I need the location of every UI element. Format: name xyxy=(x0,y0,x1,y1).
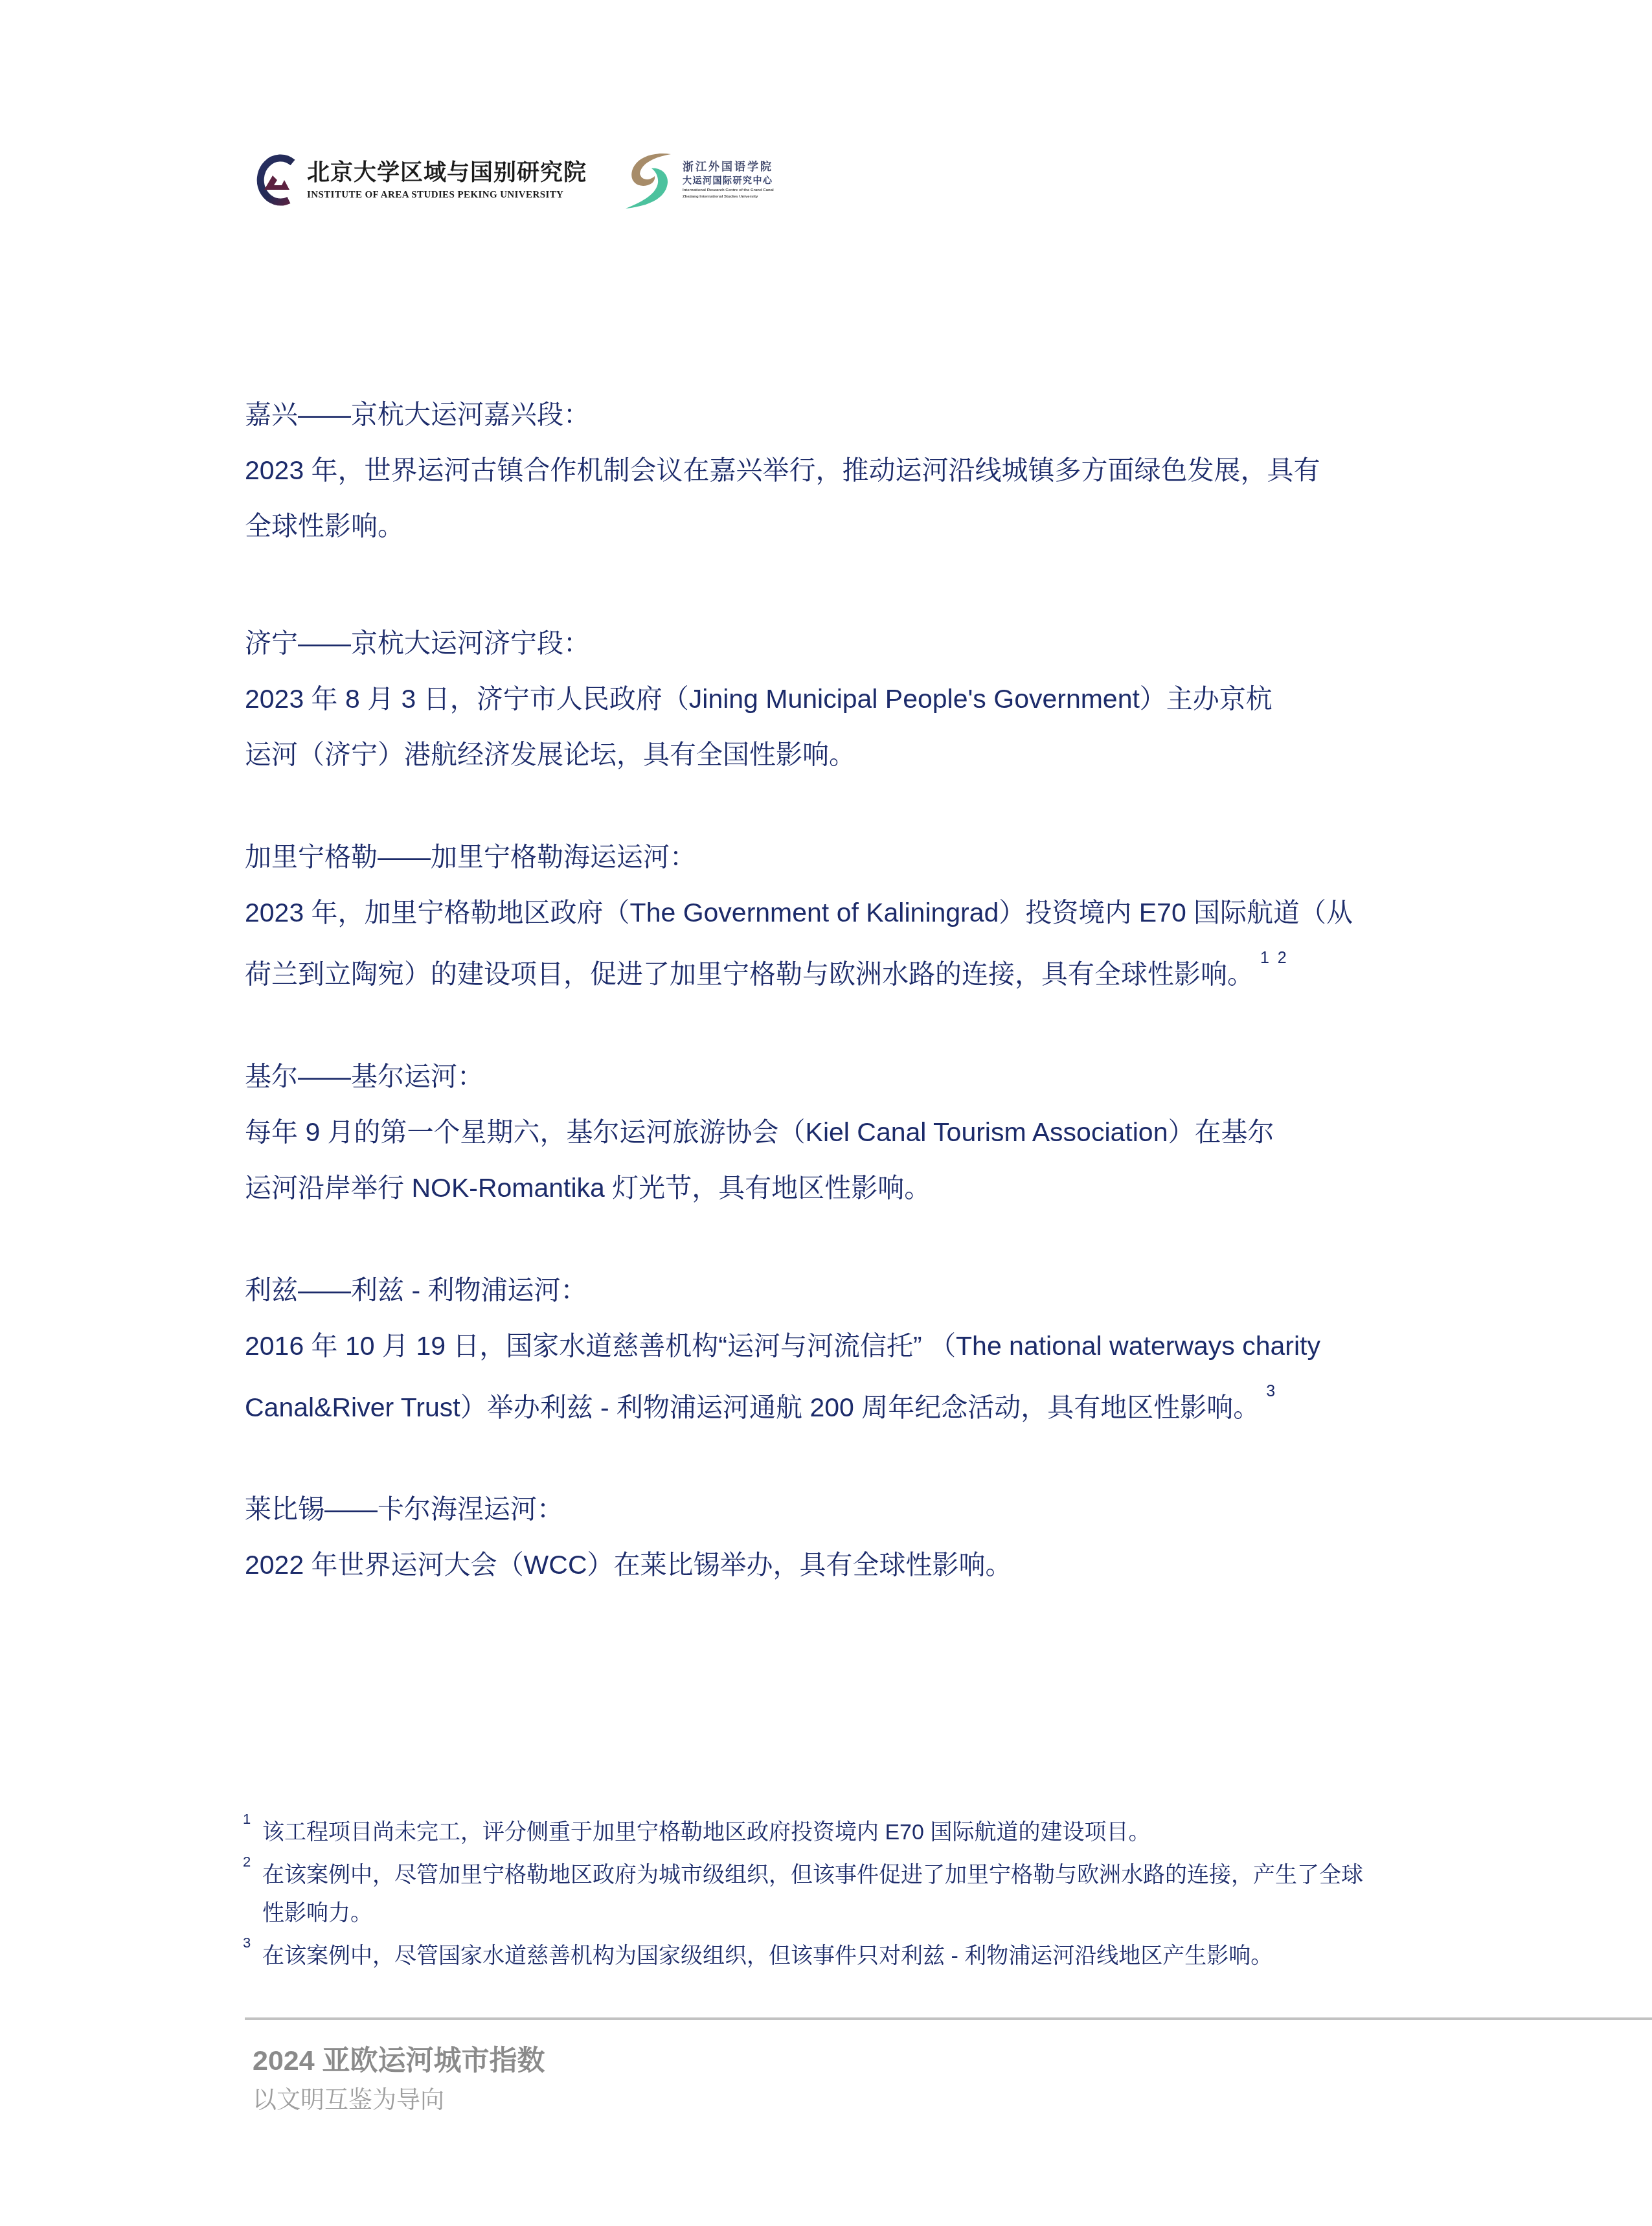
report-subtitle: 以文明互鉴为导向 xyxy=(253,2080,444,2115)
document-page: 北京大学区域与国别研究院 INSTITUTE OF AREA STUDIES P… xyxy=(0,0,1652,2226)
footnote-number: 1 xyxy=(243,1800,262,1838)
section-body-line: 2023 年，加里宁格勒地区政府（The Government of Kalin… xyxy=(245,885,1420,940)
section-title: 基尔——基尔运河： xyxy=(245,1049,1420,1104)
footnote-line: 2在该案例中，尽管加里宁格勒地区政府为城市级组织，但该事件促进了加里宁格勒与欧洲… xyxy=(262,1851,1434,1894)
peking-university-emblem-icon xyxy=(251,154,299,206)
section-body-line: 运河（济宁）港航经济发展论坛，具有全国性影响。 xyxy=(245,727,1420,782)
footnotes: 1该工程项目尚未完工，评分侧重于加里宁格勒地区政府投资境内 E70 国际航道的建… xyxy=(243,1808,1434,1975)
footnote-line: 性影响力。 xyxy=(262,1894,1434,1932)
section-title: 嘉兴——京杭大运河嘉兴段： xyxy=(245,387,1420,442)
footnote-number: 3 xyxy=(243,1924,262,1962)
section-title: 济宁——京杭大运河济宁段： xyxy=(245,615,1420,671)
footnote-line: 1该工程项目尚未完工，评分侧重于加里宁格勒地区政府投资境内 E70 国际航道的建… xyxy=(262,1808,1434,1851)
university-name-cn: 浙江外国语学院 xyxy=(683,160,774,174)
section-title: 利兹——利兹 - 利物浦运河： xyxy=(245,1262,1420,1318)
canal-case-sections: 嘉兴——京杭大运河嘉兴段：2023 年，世界运河古镇合作机制会议在嘉兴举行，推动… xyxy=(245,387,1420,1639)
section-body-line: Canal&River Trust）举办利兹 - 利物浦运河通航 200 周年纪… xyxy=(245,1374,1420,1435)
section: 莱比锡——卡尔海涅运河：2022 年世界运河大会（WCC）在莱比锡举办，具有全球… xyxy=(245,1481,1420,1593)
grand-canal-swirl-icon xyxy=(620,149,677,211)
section: 加里宁格勒——加里宁格勒海运运河：2023 年，加里宁格勒地区政府（The Go… xyxy=(245,829,1420,1002)
section-body-line: 每年 9 月的第一个星期六，基尔运河旅游协会（Kiel Canal Touris… xyxy=(245,1104,1420,1160)
footer-divider xyxy=(245,2017,1652,2020)
report-title: 2024 亚欧运河城市指数 xyxy=(253,2039,545,2078)
institute-name-en: INSTITUTE OF AREA STUDIES PEKING UNIVERS… xyxy=(307,188,587,201)
peking-university-logo: 北京大学区域与国别研究院 INSTITUTE OF AREA STUDIES P… xyxy=(251,154,587,206)
university-name-en: Zhejiang International Studies Universit… xyxy=(683,194,774,200)
footnote-line: 3在该案例中，尽管国家水道慈善机构为国家级组织，但该事件只对利兹 - 利物浦运河… xyxy=(262,1932,1434,1975)
footnote-number: 2 xyxy=(243,1843,262,1881)
section-body-line: 全球性影响。 xyxy=(245,498,1420,554)
section-title: 莱比锡——卡尔海涅运河： xyxy=(245,1481,1420,1537)
section-body-line: 2016 年 10 月 19 日，国家水道慈善机构“运河与河流信托” （The … xyxy=(245,1318,1420,1374)
centre-name-cn: 大运河国际研究中心 xyxy=(683,176,774,187)
section-body-line: 2023 年，世界运河古镇合作机制会议在嘉兴举行，推动运河沿线城镇多方面绿色发展… xyxy=(245,442,1420,498)
section-body-line: 2022 年世界运河大会（WCC）在莱比锡举办，具有全球性影响。 xyxy=(245,1537,1420,1593)
grand-canal-centre-logo: 浙江外国语学院 大运河国际研究中心 International Research… xyxy=(620,149,774,211)
footnote: 3在该案例中，尽管国家水道慈善机构为国家级组织，但该事件只对利兹 - 利物浦运河… xyxy=(243,1932,1434,1975)
footnote-reference: 3 xyxy=(1266,1382,1277,1400)
section: 济宁——京杭大运河济宁段：2023 年 8 月 3 日，济宁市人民政府（Jini… xyxy=(245,615,1420,782)
institute-name-cn: 北京大学区域与国别研究院 xyxy=(307,159,587,187)
section-title: 加里宁格勒——加里宁格勒海运运河： xyxy=(245,829,1420,885)
section: 利兹——利兹 - 利物浦运河：2016 年 10 月 19 日，国家水道慈善机构… xyxy=(245,1262,1420,1435)
centre-name-en: International Research Centre of the Gra… xyxy=(683,188,774,194)
footnote-reference: 1 2 xyxy=(1260,949,1289,967)
footnote: 1该工程项目尚未完工，评分侧重于加里宁格勒地区政府投资境内 E70 国际航道的建… xyxy=(243,1808,1434,1851)
section-body-line: 2023 年 8 月 3 日，济宁市人民政府（Jining Municipal … xyxy=(245,671,1420,727)
section: 嘉兴——京杭大运河嘉兴段：2023 年，世界运河古镇合作机制会议在嘉兴举行，推动… xyxy=(245,387,1420,554)
section-body-line: 荷兰到立陶宛）的建设项目，促进了加里宁格勒与欧洲水路的连接，具有全球性影响。1 … xyxy=(245,940,1420,1002)
footnote: 2在该案例中，尽管加里宁格勒地区政府为城市级组织，但该事件促进了加里宁格勒与欧洲… xyxy=(243,1851,1434,1931)
section: 基尔——基尔运河：每年 9 月的第一个星期六，基尔运河旅游协会（Kiel Can… xyxy=(245,1049,1420,1216)
section-body-line: 运河沿岸举行 NOK-Romantika 灯光节，具有地区性影响。 xyxy=(245,1160,1420,1216)
